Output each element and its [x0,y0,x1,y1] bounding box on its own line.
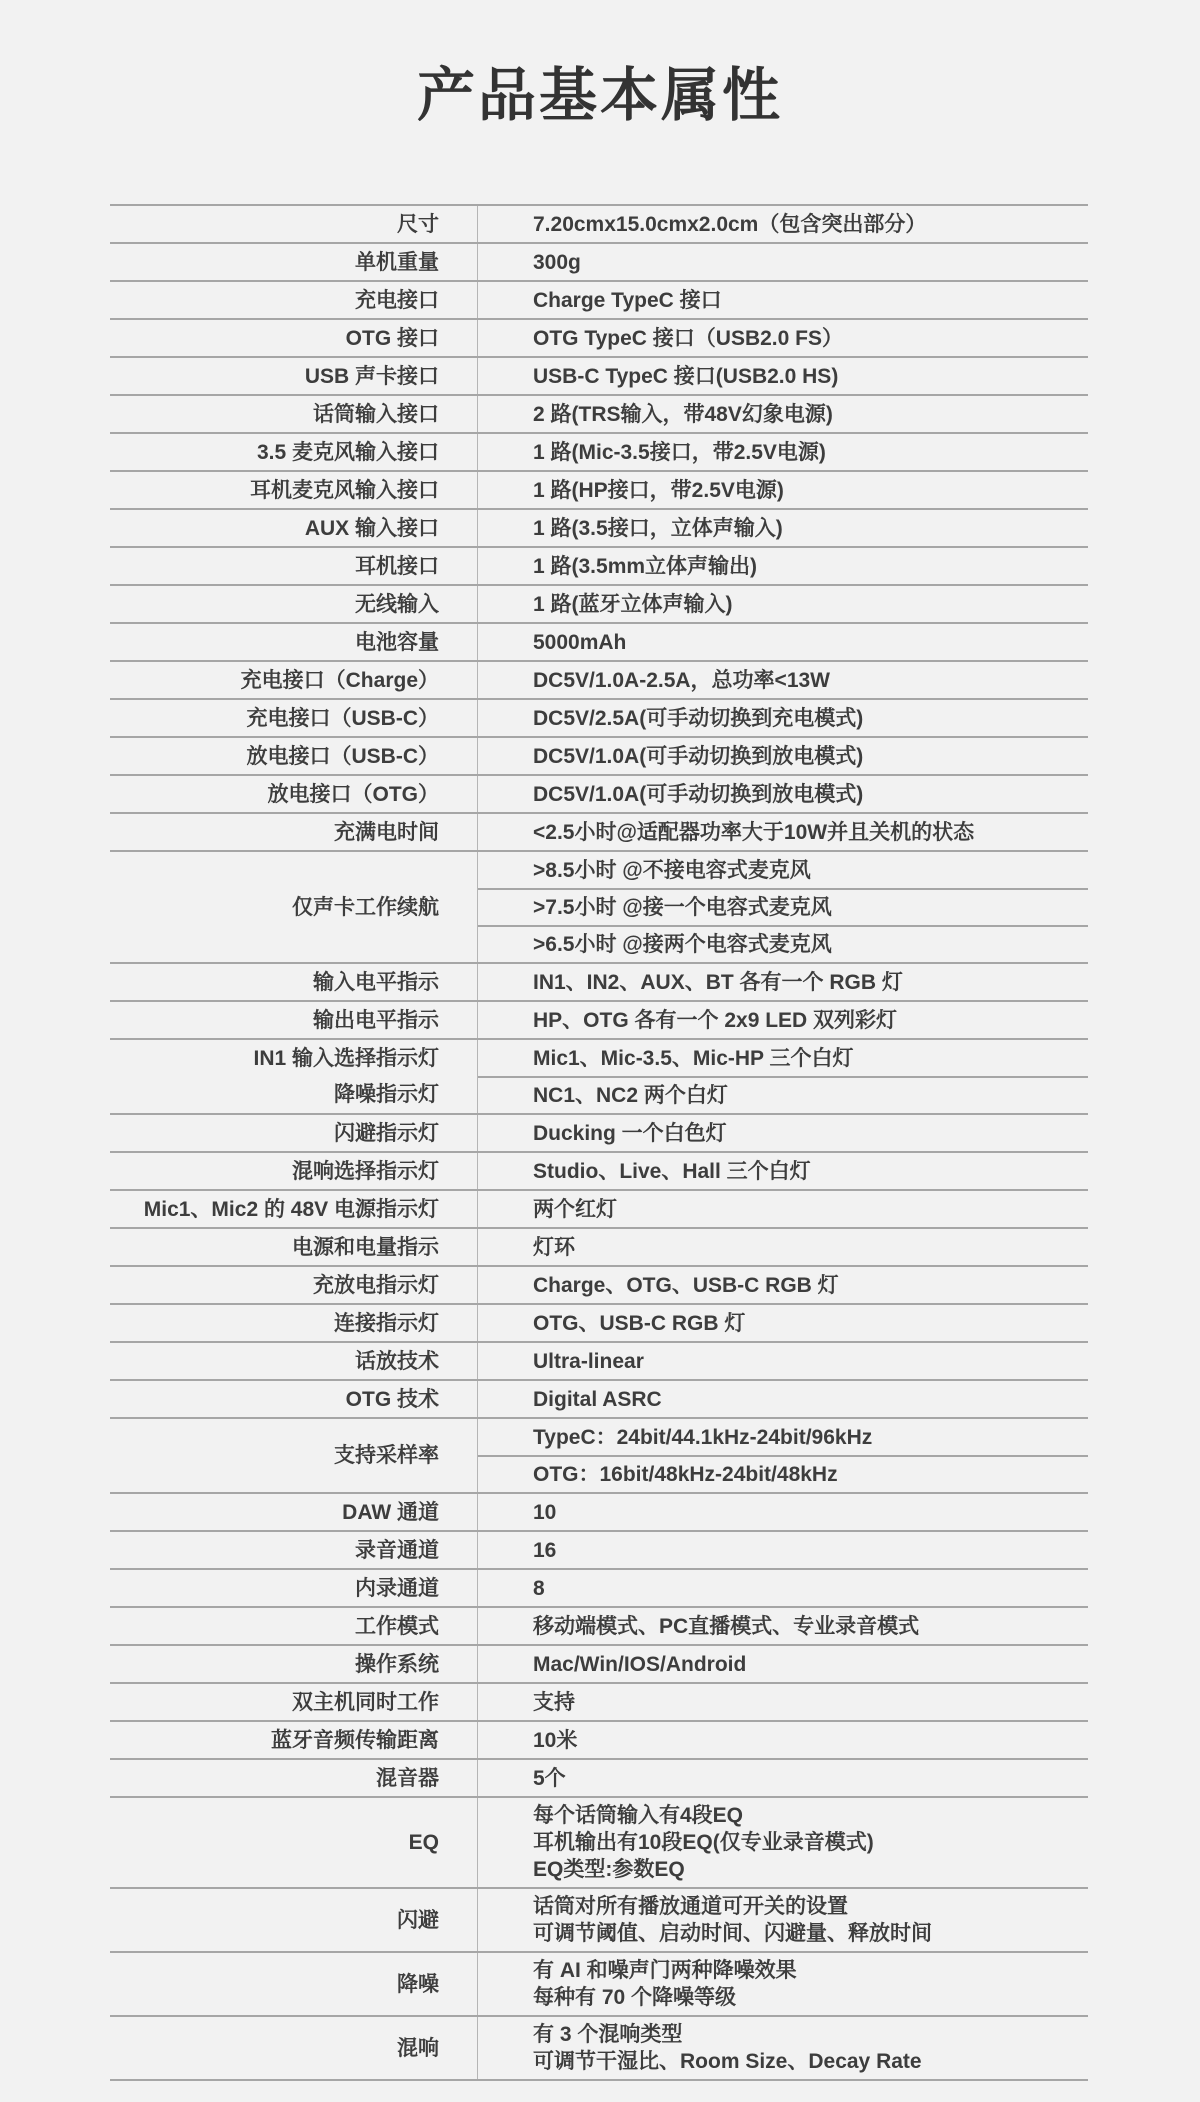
row-label-cell: 耳机麦克风输入接口 [110,472,478,508]
row-value-cell: IN1、IN2、AUX、BT 各有一个 RGB 灯 [478,964,1088,1000]
row-label-cell: 话放技术 [110,1343,478,1379]
value-entry: TypeC：24bit/44.1kHz-24bit/96kHz [478,1419,1088,1455]
table-row: 工作模式移动端模式、PC直播模式、专业录音模式 [110,1608,1088,1646]
row-label-cell: 放电接口（USB-C） [110,738,478,774]
value-entry: 1 路(HP接口，带2.5V电源) [478,472,1088,508]
value-text: 有 3 个混响类型 [533,2021,1078,2048]
value-entry: DC5V/1.0A(可手动切换到放电模式) [478,738,1088,774]
row-label-cell: 充电接口（Charge） [110,662,478,698]
value-entry: 16 [478,1532,1088,1568]
row-label: 放电接口（USB-C） [110,739,477,774]
row-value-cell: 5000mAh [478,624,1088,660]
row-label-cell: 无线输入 [110,586,478,622]
value-text: 每种有 70 个降噪等级 [533,1984,1078,2011]
table-row: 放电接口（USB-C）DC5V/1.0A(可手动切换到放电模式) [110,738,1088,776]
row-label-cell: 放电接口（OTG） [110,776,478,812]
row-value-cell: >8.5小时 @不接电容式麦克风>7.5小时 @接一个电容式麦克风>6.5小时 … [478,852,1088,962]
value-entry: 话筒对所有播放通道可开关的设置可调节阈值、启动时间、闪避量、释放时间 [478,1889,1088,1951]
value-text: 可调节干湿比、Room Size、Decay Rate [533,2048,1078,2075]
value-entry: DC5V/1.0A(可手动切换到放电模式) [478,776,1088,812]
value-text: <2.5小时@适配器功率大于10W并且关机的状态 [533,819,1078,846]
row-value-cell: 2 路(TRS输入，带48V幻象电源) [478,396,1088,432]
row-value-cell: DC5V/2.5A(可手动切换到充电模式) [478,700,1088,736]
row-label: 充满电时间 [110,815,477,850]
value-entry: 2 路(TRS输入，带48V幻象电源) [478,396,1088,432]
value-entry: 10米 [478,1722,1088,1758]
value-text: Charge、OTG、USB-C RGB 灯 [533,1272,1078,1299]
row-value-cell: USB-C TypeC 接口(USB2.0 HS) [478,358,1088,394]
value-entry: 1 路(3.5接口，立体声输入) [478,510,1088,546]
value-entry: Ultra-linear [478,1343,1088,1379]
value-text: EQ类型:参数EQ [533,1856,1078,1883]
table-row: 混响有 3 个混响类型可调节干湿比、Room Size、Decay Rate [110,2017,1088,2081]
table-row: USB 声卡接口USB-C TypeC 接口(USB2.0 HS) [110,358,1088,396]
row-label-cell: 闪避 [110,1889,478,1951]
value-text: 10米 [533,1727,1078,1754]
row-label: USB 声卡接口 [110,359,477,394]
value-text: 8 [533,1575,1078,1602]
row-label: 放电接口（OTG） [110,777,477,812]
row-label-cell: Mic1、Mic2 的 48V 电源指示灯 [110,1191,478,1227]
value-text: OTG：16bit/48kHz-24bit/48kHz [533,1461,1078,1488]
table-row: 操作系统Mac/Win/IOS/Android [110,1646,1088,1684]
table-row: IN1 输入选择指示灯降噪指示灯Mic1、Mic-3.5、Mic-HP 三个白灯… [110,1040,1088,1115]
value-text: 7.20cmx15.0cmx2.0cm（包含突出部分） [533,211,1078,238]
table-row: 闪避指示灯Ducking 一个白色灯 [110,1115,1088,1153]
row-value-cell: 1 路(HP接口，带2.5V电源) [478,472,1088,508]
table-row: 闪避话筒对所有播放通道可开关的设置可调节阈值、启动时间、闪避量、释放时间 [110,1889,1088,1953]
row-label-cell: 内录通道 [110,1570,478,1606]
value-text: Ultra-linear [533,1348,1078,1375]
row-label: 混响选择指示灯 [110,1154,477,1189]
row-value-cell: 有 3 个混响类型可调节干湿比、Room Size、Decay Rate [478,2017,1088,2079]
value-text: 5000mAh [533,629,1078,656]
table-row: 充电接口Charge TypeC 接口 [110,282,1088,320]
row-label: 降噪指示灯 [110,1077,477,1114]
row-label: AUX 输入接口 [110,511,477,546]
value-entry: 1 路(3.5mm立体声输出) [478,548,1088,584]
row-label: 话筒输入接口 [110,397,477,432]
value-entry: 300g [478,244,1088,280]
value-text: 话筒对所有播放通道可开关的设置 [533,1893,1078,1920]
page-title: 产品基本属性 [0,48,1200,132]
row-label: 仅声卡工作续航 [110,890,477,925]
row-label: 尺寸 [110,207,477,242]
value-entry: >7.5小时 @接一个电容式麦克风 [478,888,1088,925]
value-entry: >8.5小时 @不接电容式麦克风 [478,852,1088,888]
row-label: DAW 通道 [110,1495,477,1530]
value-text: OTG、USB-C RGB 灯 [533,1310,1078,1337]
value-entry: OTG TypeC 接口（USB2.0 FS） [478,320,1088,356]
row-label: OTG 技术 [110,1382,477,1417]
row-value-cell: 10 [478,1494,1088,1530]
value-text: 5个 [533,1765,1078,1792]
table-row: 录音通道16 [110,1532,1088,1570]
row-label-cell: 充满电时间 [110,814,478,850]
value-text: HP、OTG 各有一个 2x9 LED 双列彩灯 [533,1007,1078,1034]
table-row: 降噪有 AI 和噪声门两种降噪效果每种有 70 个降噪等级 [110,1953,1088,2017]
row-label-cell: 话筒输入接口 [110,396,478,432]
table-row: 仅声卡工作续航>8.5小时 @不接电容式麦克风>7.5小时 @接一个电容式麦克风… [110,852,1088,964]
value-text: DC5V/1.0A(可手动切换到放电模式) [533,781,1078,808]
value-text: DC5V/1.0A-2.5A，总功率<13W [533,667,1078,694]
row-label: 支持采样率 [110,1438,477,1473]
table-row: 单机重量300g [110,244,1088,282]
row-value-cell: 5个 [478,1760,1088,1796]
row-value-cell: 两个红灯 [478,1191,1088,1227]
row-label-cell: 混响 [110,2017,478,2079]
value-text: 灯环 [533,1234,1078,1261]
table-row: EQ每个话筒输入有4段EQ耳机输出有10段EQ(仅专业录音模式)EQ类型:参数E… [110,1798,1088,1889]
row-value-cell: 1 路(蓝牙立体声输入) [478,586,1088,622]
table-row: 话筒输入接口2 路(TRS输入，带48V幻象电源) [110,396,1088,434]
row-label-cell: 充电接口（USB-C） [110,700,478,736]
value-entry: 有 3 个混响类型可调节干湿比、Room Size、Decay Rate [478,2017,1088,2079]
row-label-cell: 充放电指示灯 [110,1267,478,1303]
row-label: 充放电指示灯 [110,1268,477,1303]
row-label-cell: AUX 输入接口 [110,510,478,546]
table-row: DAW 通道10 [110,1494,1088,1532]
row-label: 无线输入 [110,587,477,622]
row-value-cell: Ultra-linear [478,1343,1088,1379]
value-text: IN1、IN2、AUX、BT 各有一个 RGB 灯 [533,969,1078,996]
row-value-cell: DC5V/1.0A(可手动切换到放电模式) [478,738,1088,774]
value-text: DC5V/1.0A(可手动切换到放电模式) [533,743,1078,770]
row-label-cell: EQ [110,1798,478,1887]
value-text: Mic1、Mic-3.5、Mic-HP 三个白灯 [533,1045,1078,1072]
value-text: 每个话筒输入有4段EQ [533,1802,1078,1829]
table-row: OTG 接口OTG TypeC 接口（USB2.0 FS） [110,320,1088,358]
value-entry: DC5V/1.0A-2.5A，总功率<13W [478,662,1088,698]
row-label-cell: 单机重量 [110,244,478,280]
row-value-cell: 灯环 [478,1229,1088,1265]
row-label: EQ [110,1825,477,1860]
table-row: 3.5 麦克风输入接口1 路(Mic-3.5接口，带2.5V电源) [110,434,1088,472]
value-text: Ducking 一个白色灯 [533,1120,1078,1147]
row-label-cell: OTG 接口 [110,320,478,356]
value-text: DC5V/2.5A(可手动切换到充电模式) [533,705,1078,732]
value-text: Mac/Win/IOS/Android [533,1651,1078,1678]
row-label: 充电接口（USB-C） [110,701,477,736]
value-text: 有 AI 和噪声门两种降噪效果 [533,1957,1078,1984]
row-label: 耳机麦克风输入接口 [110,473,477,508]
row-value-cell: 话筒对所有播放通道可开关的设置可调节阈值、启动时间、闪避量、释放时间 [478,1889,1088,1951]
row-label-cell: 仅声卡工作续航 [110,852,478,962]
row-label: 内录通道 [110,1571,477,1606]
value-entry: NC1、NC2 两个白灯 [478,1076,1088,1113]
row-label: 充电接口 [110,283,477,318]
row-value-cell: OTG、USB-C RGB 灯 [478,1305,1088,1341]
row-label: 连接指示灯 [110,1306,477,1341]
value-text: 1 路(蓝牙立体声输入) [533,591,1078,618]
table-row: 蓝牙音频传输距离10米 [110,1722,1088,1760]
value-entry: 移动端模式、PC直播模式、专业录音模式 [478,1608,1088,1644]
row-value-cell: TypeC：24bit/44.1kHz-24bit/96kHzOTG：16bit… [478,1419,1088,1492]
row-label-cell: 混响选择指示灯 [110,1153,478,1189]
table-row: 话放技术Ultra-linear [110,1343,1088,1381]
row-label-cell: DAW 通道 [110,1494,478,1530]
value-entry: Mic1、Mic-3.5、Mic-HP 三个白灯 [478,1040,1088,1076]
row-label: 话放技术 [110,1344,477,1379]
row-label: 工作模式 [110,1609,477,1644]
row-label: 充电接口（Charge） [110,663,477,698]
value-text: 耳机输出有10段EQ(仅专业录音模式) [533,1829,1078,1856]
row-label-cell: 工作模式 [110,1608,478,1644]
row-label: 输出电平指示 [110,1003,477,1038]
value-entry: 每个话筒输入有4段EQ耳机输出有10段EQ(仅专业录音模式)EQ类型:参数EQ [478,1798,1088,1887]
table-row: OTG 技术Digital ASRC [110,1381,1088,1419]
value-text: 2 路(TRS输入，带48V幻象电源) [533,401,1078,428]
row-label: 电源和电量指示 [110,1230,477,1265]
row-label: IN1 输入选择指示灯 [110,1040,477,1077]
row-value-cell: DC5V/1.0A(可手动切换到放电模式) [478,776,1088,812]
value-text: Digital ASRC [533,1386,1078,1413]
table-row: 输出电平指示HP、OTG 各有一个 2x9 LED 双列彩灯 [110,1002,1088,1040]
row-label: 混音器 [110,1761,477,1796]
value-text: 1 路(Mic-3.5接口，带2.5V电源) [533,439,1078,466]
value-text: 300g [533,249,1078,276]
row-value-cell: 1 路(Mic-3.5接口，带2.5V电源) [478,434,1088,470]
row-value-cell: 移动端模式、PC直播模式、专业录音模式 [478,1608,1088,1644]
value-entry: 5000mAh [478,624,1088,660]
row-value-cell: Studio、Live、Hall 三个白灯 [478,1153,1088,1189]
row-label-cell: 输出电平指示 [110,1002,478,1038]
value-text: USB-C TypeC 接口(USB2.0 HS) [533,363,1078,390]
table-row: 支持采样率TypeC：24bit/44.1kHz-24bit/96kHzOTG：… [110,1419,1088,1494]
value-entry: Charge TypeC 接口 [478,282,1088,318]
row-label-cell: 双主机同时工作 [110,1684,478,1720]
row-value-cell: 7.20cmx15.0cmx2.0cm（包含突出部分） [478,206,1088,242]
row-label-cell: 录音通道 [110,1532,478,1568]
value-text: 1 路(3.5接口，立体声输入) [533,515,1078,542]
value-entry: 1 路(Mic-3.5接口，带2.5V电源) [478,434,1088,470]
table-row: 耳机接口1 路(3.5mm立体声输出) [110,548,1088,586]
value-text: 1 路(3.5mm立体声输出) [533,553,1078,580]
table-row: 电池容量5000mAh [110,624,1088,662]
row-value-cell: 8 [478,1570,1088,1606]
row-label: 混响 [110,2031,477,2066]
value-entry: Ducking 一个白色灯 [478,1115,1088,1151]
value-entry: HP、OTG 各有一个 2x9 LED 双列彩灯 [478,1002,1088,1038]
row-label-cell: OTG 技术 [110,1381,478,1417]
value-text: >7.5小时 @接一个电容式麦克风 [533,894,1078,921]
value-entry: Charge、OTG、USB-C RGB 灯 [478,1267,1088,1303]
row-label-cell: 连接指示灯 [110,1305,478,1341]
table-row: 电源和电量指示灯环 [110,1229,1088,1267]
row-label: 双主机同时工作 [110,1685,477,1720]
value-text: >8.5小时 @不接电容式麦克风 [533,857,1078,884]
value-text: 两个红灯 [533,1196,1078,1223]
row-value-cell: OTG TypeC 接口（USB2.0 FS） [478,320,1088,356]
value-text: 支持 [533,1689,1078,1716]
row-value-cell: Mic1、Mic-3.5、Mic-HP 三个白灯NC1、NC2 两个白灯 [478,1040,1088,1113]
value-entry: 7.20cmx15.0cmx2.0cm（包含突出部分） [478,206,1088,242]
row-label-cell: 混音器 [110,1760,478,1796]
table-row: 尺寸7.20cmx15.0cmx2.0cm（包含突出部分） [110,206,1088,244]
value-entry: DC5V/2.5A(可手动切换到充电模式) [478,700,1088,736]
table-row: Mic1、Mic2 的 48V 电源指示灯两个红灯 [110,1191,1088,1229]
row-value-cell: Ducking 一个白色灯 [478,1115,1088,1151]
row-label: 闪避 [110,1903,477,1938]
value-entry: 10 [478,1494,1088,1530]
value-text: >6.5小时 @接两个电容式麦克风 [533,931,1078,958]
table-row: 耳机麦克风输入接口1 路(HP接口，带2.5V电源) [110,472,1088,510]
row-label: Mic1、Mic2 的 48V 电源指示灯 [110,1192,477,1227]
value-entry: Mac/Win/IOS/Android [478,1646,1088,1682]
row-label-cell: 操作系统 [110,1646,478,1682]
row-label: 闪避指示灯 [110,1116,477,1151]
row-label: 单机重量 [110,245,477,280]
value-text: 可调节阈值、启动时间、闪避量、释放时间 [533,1920,1078,1947]
table-row: 输入电平指示IN1、IN2、AUX、BT 各有一个 RGB 灯 [110,964,1088,1002]
value-entry: IN1、IN2、AUX、BT 各有一个 RGB 灯 [478,964,1088,1000]
row-label-cell: 电源和电量指示 [110,1229,478,1265]
spec-page: 产品基本属性 尺寸7.20cmx15.0cmx2.0cm（包含突出部分）单机重量… [0,0,1200,2102]
row-value-cell: 每个话筒输入有4段EQ耳机输出有10段EQ(仅专业录音模式)EQ类型:参数EQ [478,1798,1088,1887]
row-label: 降噪 [110,1967,477,2002]
row-label: 录音通道 [110,1533,477,1568]
row-label: 输入电平指示 [110,965,477,1000]
row-label-cell: 耳机接口 [110,548,478,584]
row-label: 电池容量 [110,625,477,660]
row-label: 3.5 麦克风输入接口 [110,435,477,470]
value-text: 10 [533,1499,1078,1526]
value-entry: 灯环 [478,1229,1088,1265]
row-label-cell: 输入电平指示 [110,964,478,1000]
value-entry: OTG、USB-C RGB 灯 [478,1305,1088,1341]
row-value-cell: 10米 [478,1722,1088,1758]
row-label: 操作系统 [110,1647,477,1682]
row-value-cell: <2.5小时@适配器功率大于10W并且关机的状态 [478,814,1088,850]
table-row: 充电接口（USB-C）DC5V/2.5A(可手动切换到充电模式) [110,700,1088,738]
row-value-cell: 1 路(3.5mm立体声输出) [478,548,1088,584]
row-label-cell: 降噪 [110,1953,478,2015]
row-value-cell: 16 [478,1532,1088,1568]
value-entry: 支持 [478,1684,1088,1720]
row-value-cell: Charge、OTG、USB-C RGB 灯 [478,1267,1088,1303]
value-entry: 1 路(蓝牙立体声输入) [478,586,1088,622]
value-entry: 5个 [478,1760,1088,1796]
value-entry: USB-C TypeC 接口(USB2.0 HS) [478,358,1088,394]
row-label: 耳机接口 [110,549,477,584]
value-entry: <2.5小时@适配器功率大于10W并且关机的状态 [478,814,1088,850]
row-label-cell: 3.5 麦克风输入接口 [110,434,478,470]
table-row: 内录通道8 [110,1570,1088,1608]
value-text: NC1、NC2 两个白灯 [533,1082,1078,1109]
value-text: 移动端模式、PC直播模式、专业录音模式 [533,1613,1078,1640]
row-label-cell: IN1 输入选择指示灯降噪指示灯 [110,1040,478,1113]
table-row: 充电接口（Charge）DC5V/1.0A-2.5A，总功率<13W [110,662,1088,700]
value-text: OTG TypeC 接口（USB2.0 FS） [533,325,1078,352]
row-value-cell: DC5V/1.0A-2.5A，总功率<13W [478,662,1088,698]
table-row: 无线输入1 路(蓝牙立体声输入) [110,586,1088,624]
table-row: 混音器5个 [110,1760,1088,1798]
row-value-cell: 300g [478,244,1088,280]
spec-table: 尺寸7.20cmx15.0cmx2.0cm（包含突出部分）单机重量300g充电接… [110,204,1088,2081]
value-entry: >6.5小时 @接两个电容式麦克风 [478,925,1088,962]
row-value-cell: Digital ASRC [478,1381,1088,1417]
row-value-cell: Mac/Win/IOS/Android [478,1646,1088,1682]
value-text: Studio、Live、Hall 三个白灯 [533,1158,1078,1185]
table-row: 连接指示灯OTG、USB-C RGB 灯 [110,1305,1088,1343]
value-entry: Studio、Live、Hall 三个白灯 [478,1153,1088,1189]
table-row: 充放电指示灯Charge、OTG、USB-C RGB 灯 [110,1267,1088,1305]
row-value-cell: Charge TypeC 接口 [478,282,1088,318]
row-label: 蓝牙音频传输距离 [110,1723,477,1758]
value-entry: 有 AI 和噪声门两种降噪效果每种有 70 个降噪等级 [478,1953,1088,2015]
value-entry: 8 [478,1570,1088,1606]
row-label-cell: 尺寸 [110,206,478,242]
row-value-cell: HP、OTG 各有一个 2x9 LED 双列彩灯 [478,1002,1088,1038]
value-text: TypeC：24bit/44.1kHz-24bit/96kHz [533,1424,1078,1451]
value-text: 16 [533,1537,1078,1564]
row-value-cell: 1 路(3.5接口，立体声输入) [478,510,1088,546]
row-label-cell: 支持采样率 [110,1419,478,1492]
table-row: 放电接口（OTG）DC5V/1.0A(可手动切换到放电模式) [110,776,1088,814]
value-text: Charge TypeC 接口 [533,287,1078,314]
value-entry: 两个红灯 [478,1191,1088,1227]
row-label-cell: 闪避指示灯 [110,1115,478,1151]
row-value-cell: 支持 [478,1684,1088,1720]
table-row: 混响选择指示灯Studio、Live、Hall 三个白灯 [110,1153,1088,1191]
row-value-cell: 有 AI 和噪声门两种降噪效果每种有 70 个降噪等级 [478,1953,1088,2015]
value-entry: Digital ASRC [478,1381,1088,1417]
value-entry: OTG：16bit/48kHz-24bit/48kHz [478,1455,1088,1492]
table-row: AUX 输入接口1 路(3.5接口，立体声输入) [110,510,1088,548]
table-row: 充满电时间<2.5小时@适配器功率大于10W并且关机的状态 [110,814,1088,852]
table-row: 双主机同时工作支持 [110,1684,1088,1722]
row-label-cell: USB 声卡接口 [110,358,478,394]
row-label-cell: 电池容量 [110,624,478,660]
row-label-cell: 蓝牙音频传输距离 [110,1722,478,1758]
row-label-cell: 充电接口 [110,282,478,318]
value-text: 1 路(HP接口，带2.5V电源) [533,477,1078,504]
row-label: OTG 接口 [110,321,477,356]
